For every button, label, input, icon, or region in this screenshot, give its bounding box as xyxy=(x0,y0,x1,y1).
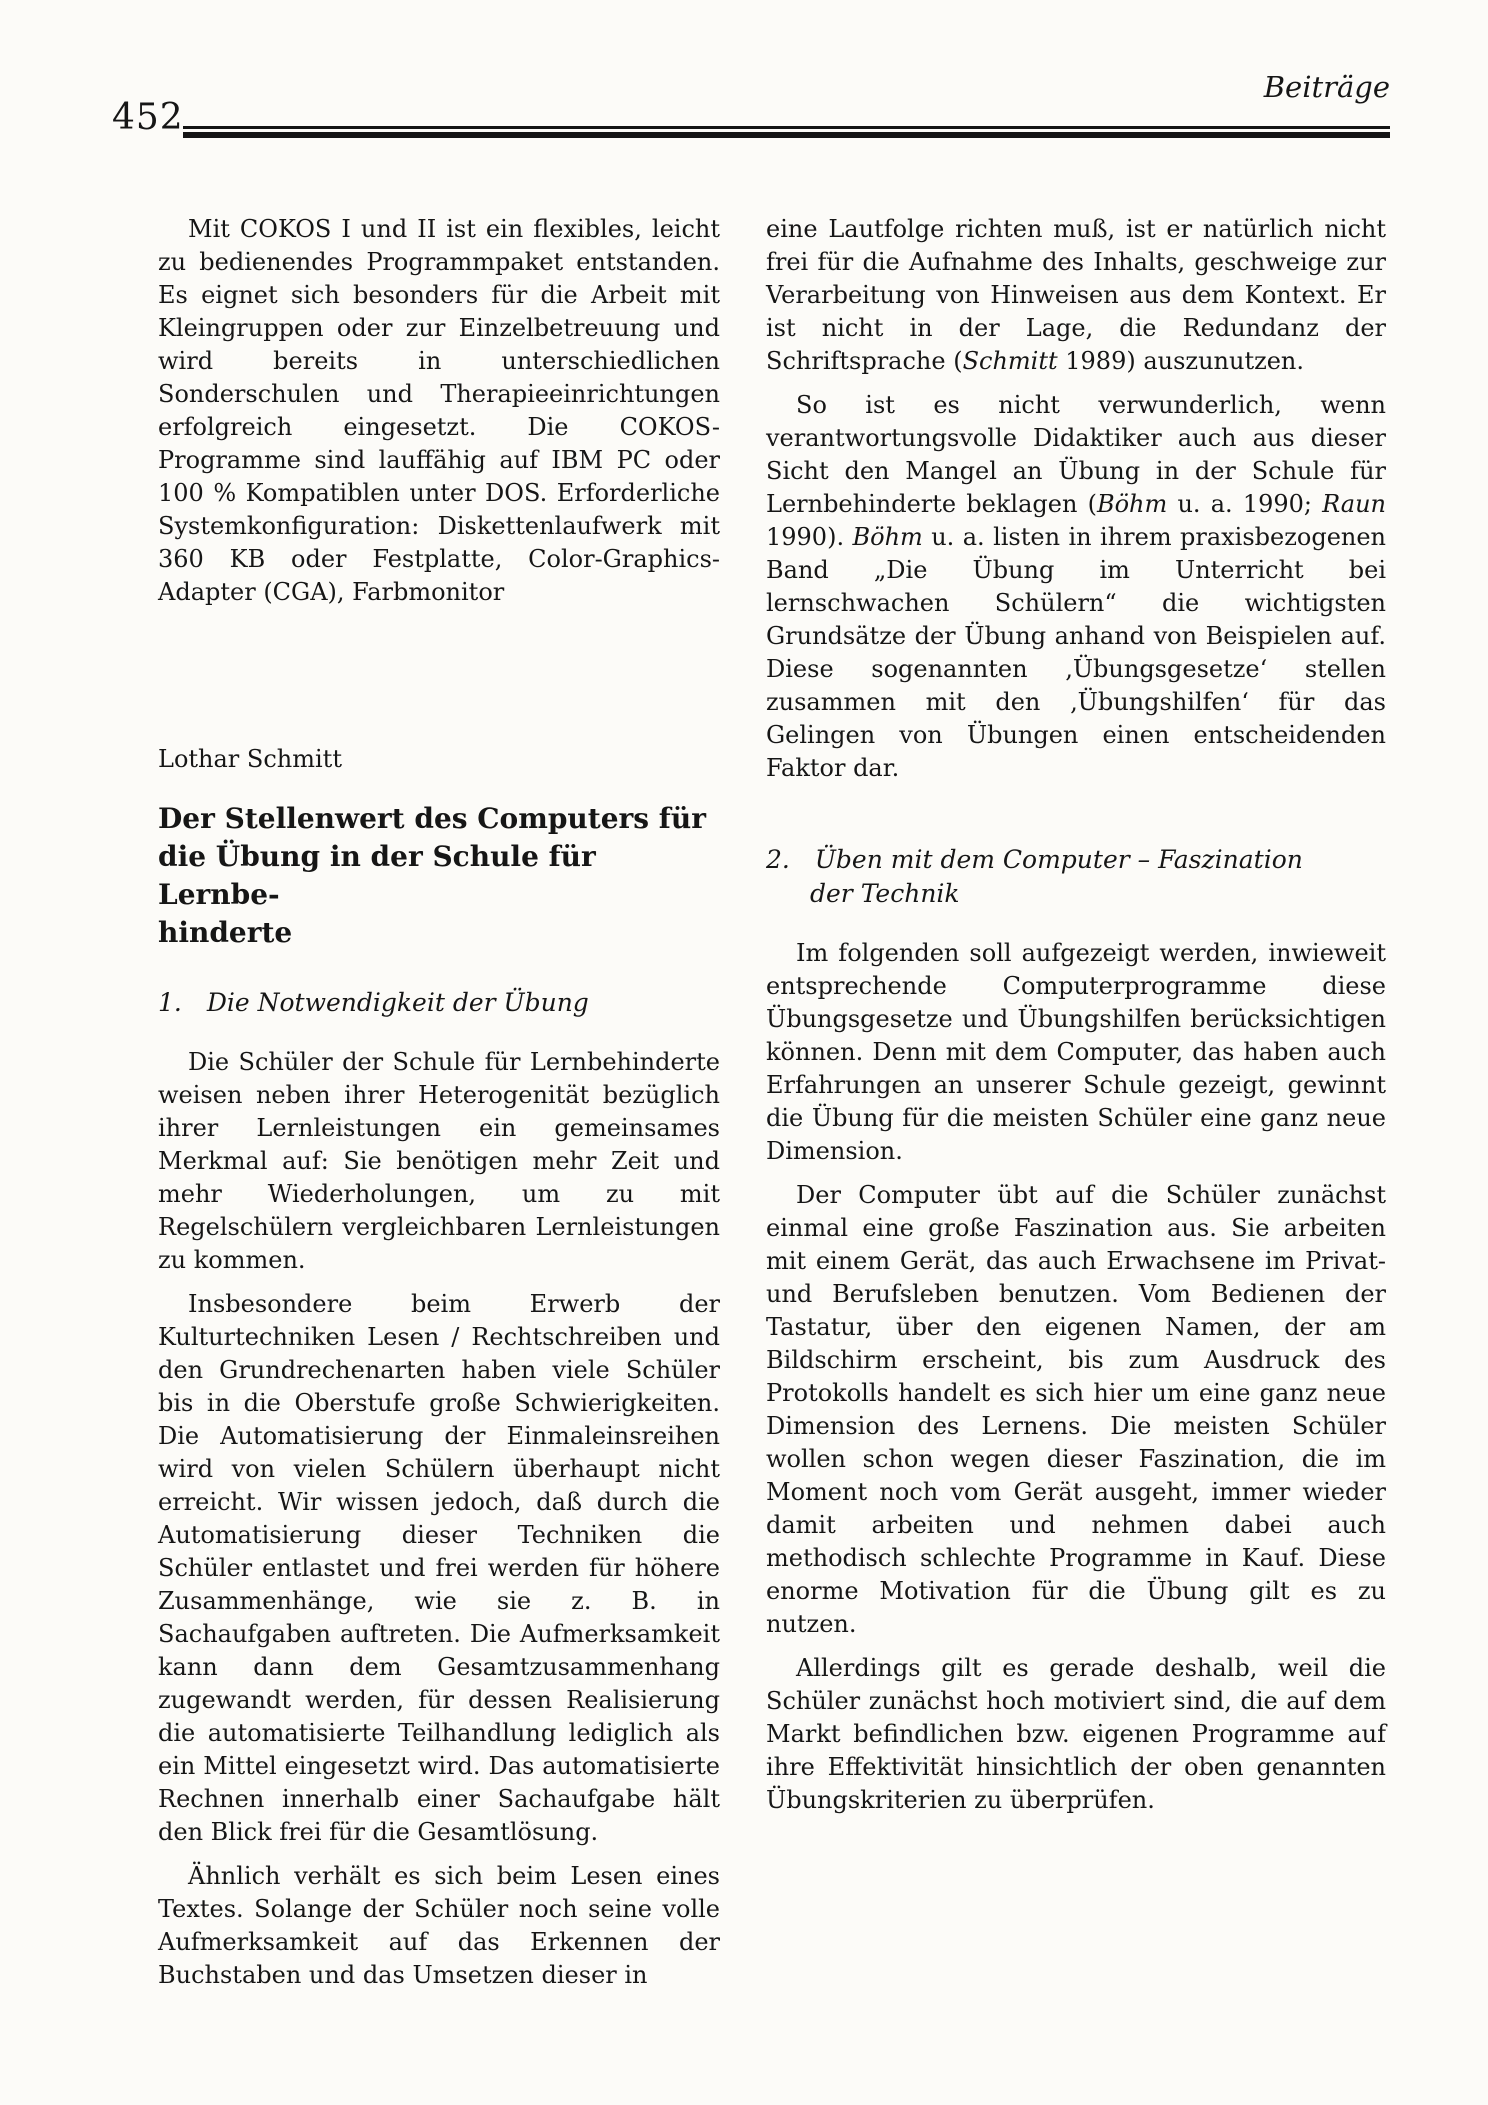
header-rule xyxy=(183,126,1390,138)
paragraph-insbesondere: Insbesondere beim Erwerb der Kulturtechn… xyxy=(158,1288,720,1849)
section-1-heading: 1. Die Notwendigkeit der Übung xyxy=(158,986,720,1020)
section-2-heading: 2. Üben mit dem Computer – Faszination d… xyxy=(766,843,1386,911)
page-number: 452 xyxy=(112,98,184,138)
left-column: Mit COKOS I und II ist ein flexibles, le… xyxy=(158,213,720,1992)
article-title: Der Stellenwert des Computers für die Üb… xyxy=(158,800,720,952)
paragraph-allerdings: Allerdings gilt es gerade deshalb, weil … xyxy=(766,1652,1386,1817)
paragraph-die-schueler: Die Schüler der Schule für Lernbehindert… xyxy=(158,1046,720,1277)
paragraph-im-folgenden: Im folgenden soll aufgezeigt werden, inw… xyxy=(766,937,1386,1168)
paragraph-der-computer: Der Computer übt auf die Schüler zunächs… xyxy=(766,1179,1386,1641)
paragraph-so-ist: So ist es nicht verwunderlich, wenn vera… xyxy=(766,389,1386,785)
scanned-journal-page: 452 Beiträge Mit COKOS I und II ist ein … xyxy=(0,0,1488,2105)
paragraph-aehnlich: Ähnlich verhält es sich beim Lesen eines… xyxy=(158,1860,720,1992)
author-name: Lothar Schmitt xyxy=(158,743,720,776)
right-column: eine Lautfolge richten muß, ist er natür… xyxy=(766,213,1386,1817)
running-title: Beiträge xyxy=(1264,70,1390,104)
paragraph-lautfolge: eine Lautfolge richten muß, ist er natür… xyxy=(766,213,1386,378)
previous-article-paragraph: Mit COKOS I und II ist ein flexibles, le… xyxy=(158,213,720,609)
